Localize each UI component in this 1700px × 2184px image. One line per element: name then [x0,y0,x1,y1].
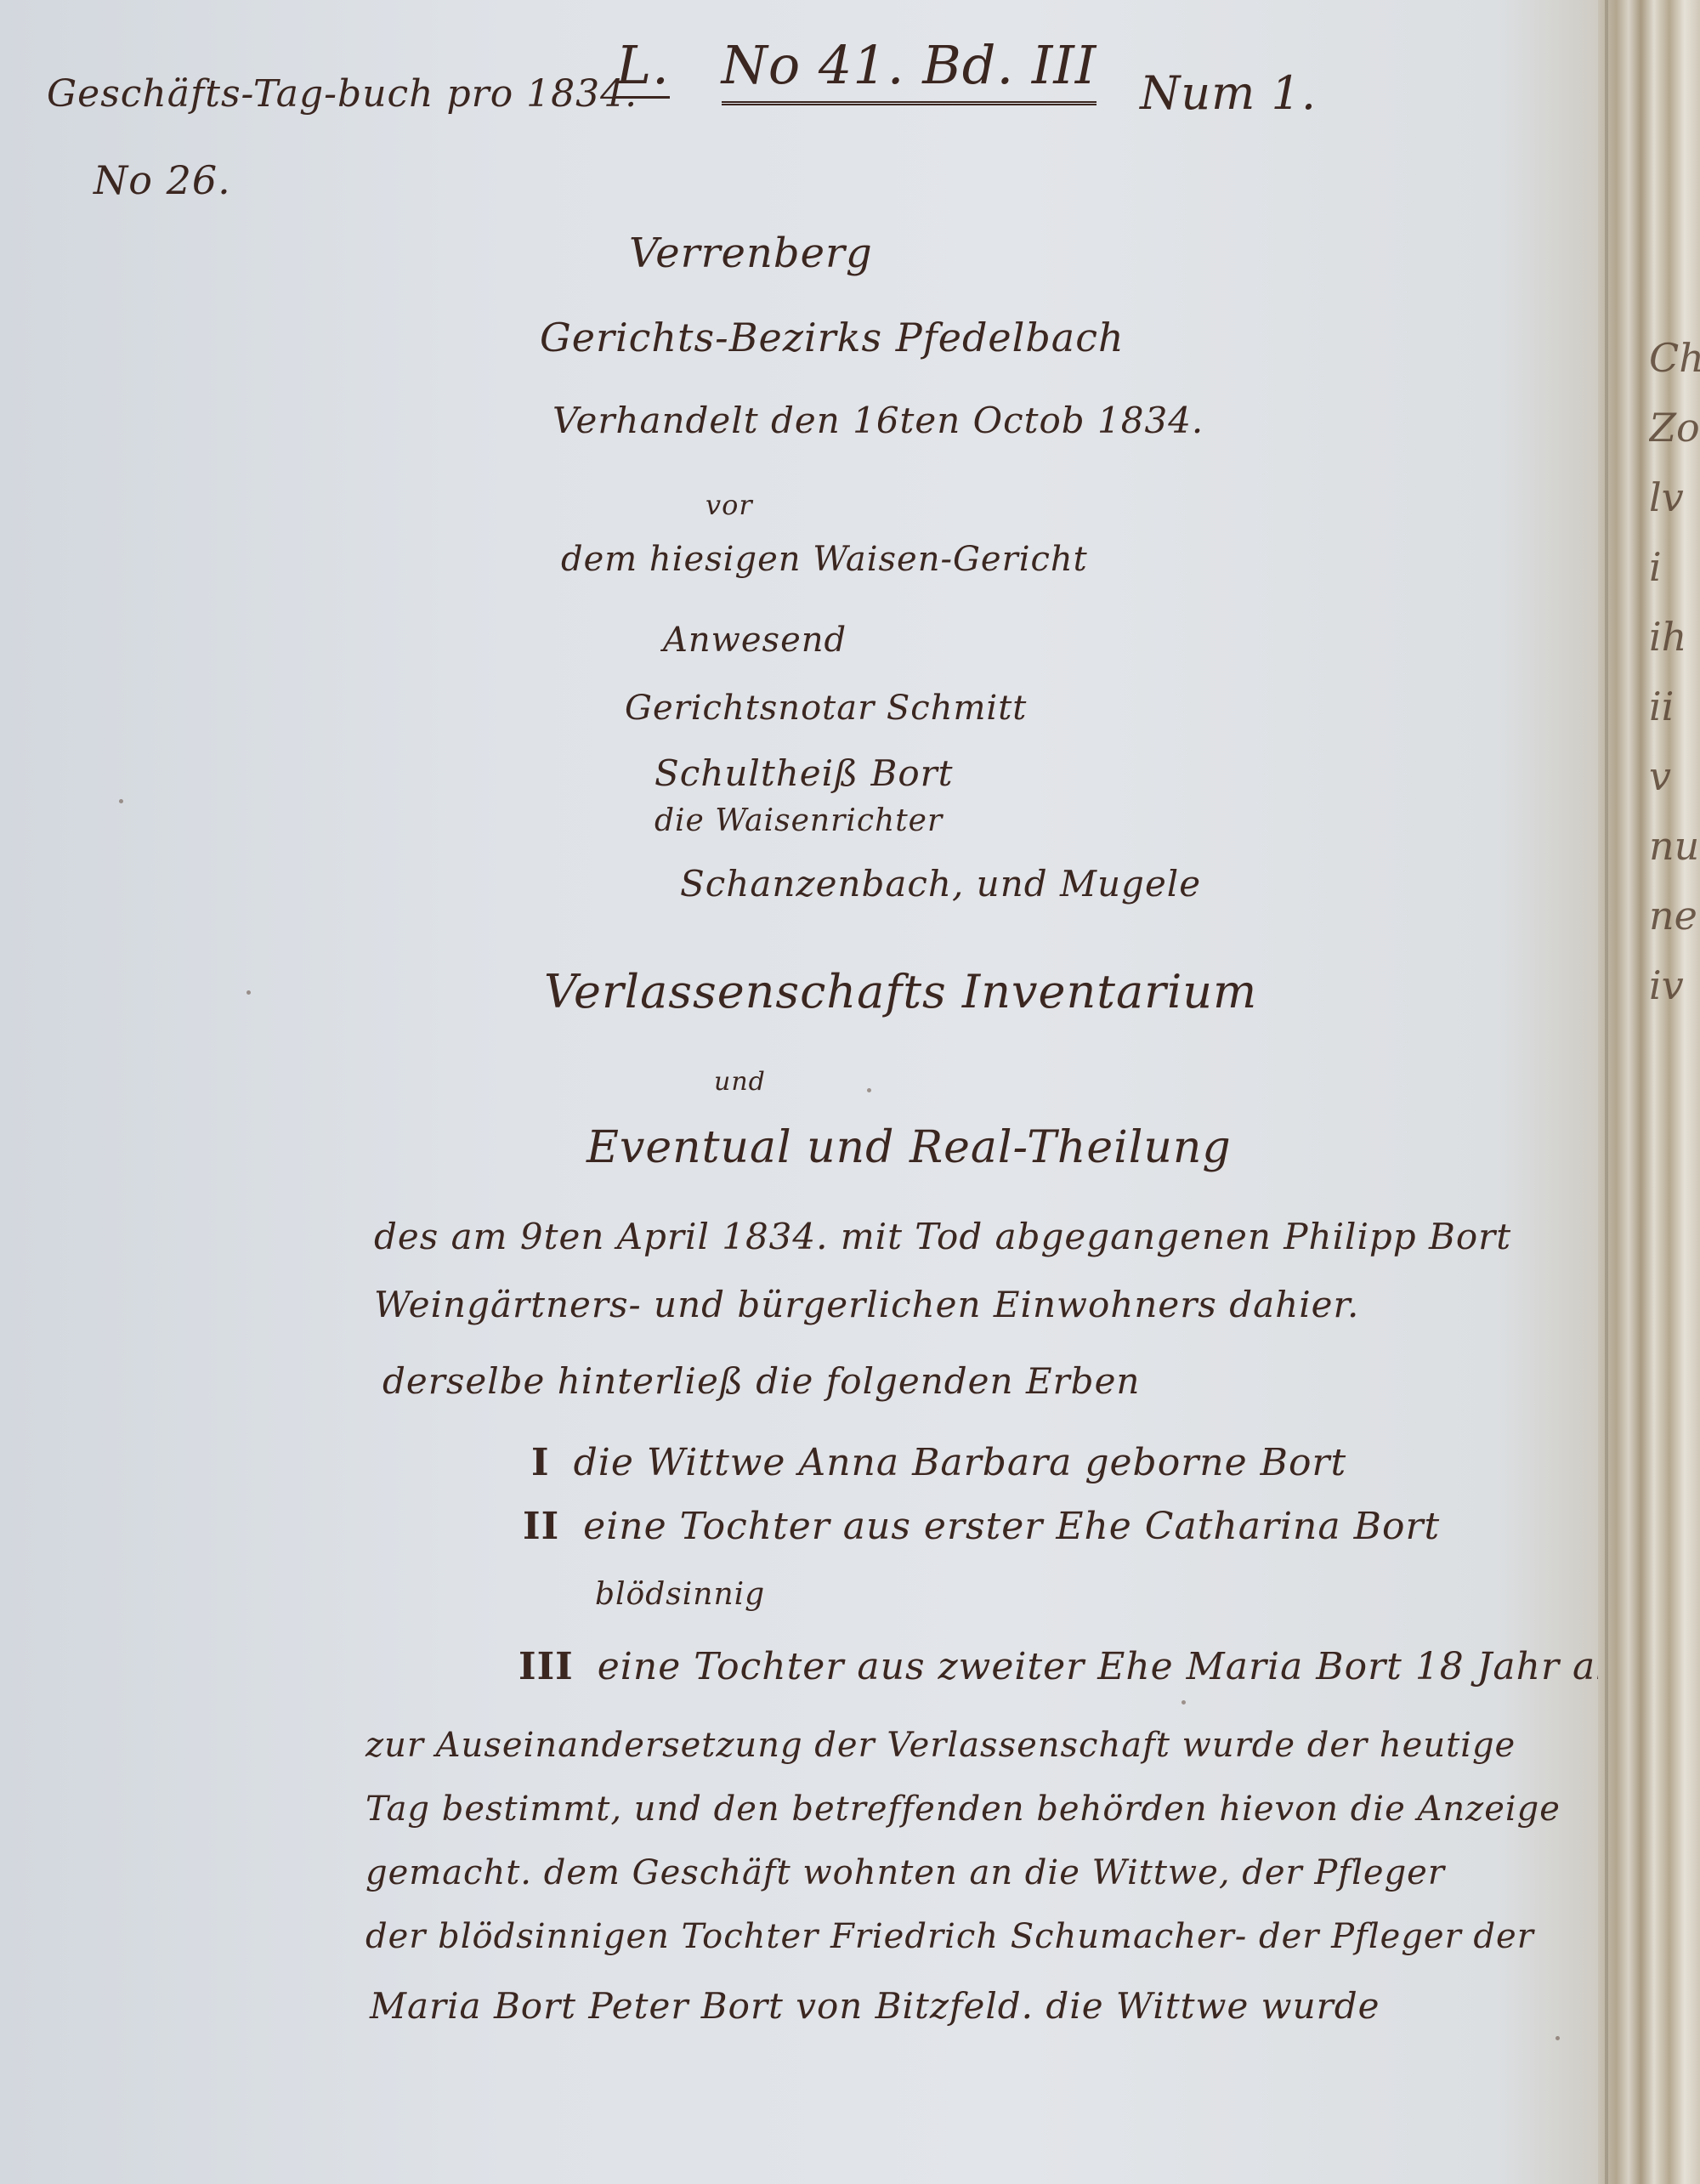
register-number: No 26. [93,157,231,203]
paper-speck [119,799,123,803]
fragment: ne [1649,881,1700,950]
heir-item: IIeine Tochter aus erster Ehe Catharina … [523,1505,1440,1548]
heir-numeral: III [518,1645,574,1688]
paragraph-line: der blödsinnigen Tochter Friedrich Schum… [365,1917,1534,1956]
title-conjunction: und [714,1067,766,1097]
paragraph-line: Maria Bort Peter Bort von Bitzfeld. die … [370,1985,1380,2027]
paper-speck [867,1088,871,1092]
attendee: Gerichtsnotar Schmitt [625,689,1027,728]
attendee: die Waisenrichter [654,803,943,838]
attendee: Schultheiß Bort [654,752,954,794]
before-word: vor [705,489,753,521]
register-reference: Geschäfts-Tag-buch pro 1834. [47,72,637,116]
paragraph-line: gemacht. dem Geschäft wohnten an die Wit… [365,1853,1445,1892]
paragraph-line: zur Auseinandersetzung der Verlassenscha… [365,1726,1516,1765]
document-title: Verlassenschafts Inventarium [544,965,1257,1018]
present-label: Anwesend [663,621,847,660]
manuscript-page: Geschäfts-Tag-buch pro 1834. No 26. L. N… [0,0,1615,2184]
fragment: Ch [1649,323,1700,393]
page-edges-binding: Ch Zo lv i ih ii v nu ne iv [1598,0,1700,2184]
paper-speck [246,990,251,995]
fragment: iv [1649,950,1700,1020]
heir-text: eine Tochter aus zweiter Ehe Maria Bort … [598,1645,1638,1688]
fragment: ih [1649,602,1700,672]
body-line: des am 9ten April 1834. mit Tod abgegang… [374,1216,1511,1257]
body-line: Weingärtners- und bürgerlichen Einwohner… [374,1284,1359,1325]
court-district: Gerichts-Bezirks Pfedelbach [540,315,1125,360]
fragment: i [1649,532,1700,602]
fragment: v [1649,741,1700,811]
place-name: Verrenberg [629,230,873,277]
court-name: dem hiesigen Waisen-Gericht [561,540,1088,579]
heir-text: die Wittwe Anna Barbara geborne Bort [574,1441,1347,1484]
archive-reference: L. No 41. Bd. III Num 1. [616,34,1317,105]
archive-volume-number: No 41. Bd. III [722,34,1097,105]
fragment: ii [1649,672,1700,741]
document-photo: Geschäfts-Tag-buch pro 1834. No 26. L. N… [0,0,1700,2184]
proceedings-date: Verhandelt den 16ten Octob 1834. [552,400,1204,441]
fragment: Zo [1649,393,1700,462]
fragment: nu [1649,811,1700,881]
paper-speck [1181,1700,1186,1705]
paragraph-line: Tag bestimmt, und den betreffenden behör… [365,1790,1561,1829]
heir-numeral: II [523,1505,559,1548]
archive-sub-number: Num 1. [1140,66,1317,120]
archive-label: L. [616,34,670,99]
adjacent-page-text: Ch Zo lv i ih ii v nu ne iv [1649,323,1700,1131]
heir-text: eine Tochter aus erster Ehe Catharina Bo… [583,1505,1440,1548]
heir-numeral: I [531,1441,550,1484]
heir-item: Idie Wittwe Anna Barbara geborne Bort [531,1441,1346,1484]
body-line: derselbe hinterließ die folgenden Erben [382,1360,1140,1402]
heir-item: IIIeine Tochter aus zweiter Ehe Maria Bo… [518,1645,1638,1688]
fragment: lv [1649,462,1700,532]
paper-speck [1555,2036,1560,2040]
document-subtitle: Eventual und Real-Theilung [586,1122,1232,1173]
attendee: Schanzenbach, und Mugele [680,863,1201,905]
heir-continuation: blödsinnig [595,1577,765,1612]
